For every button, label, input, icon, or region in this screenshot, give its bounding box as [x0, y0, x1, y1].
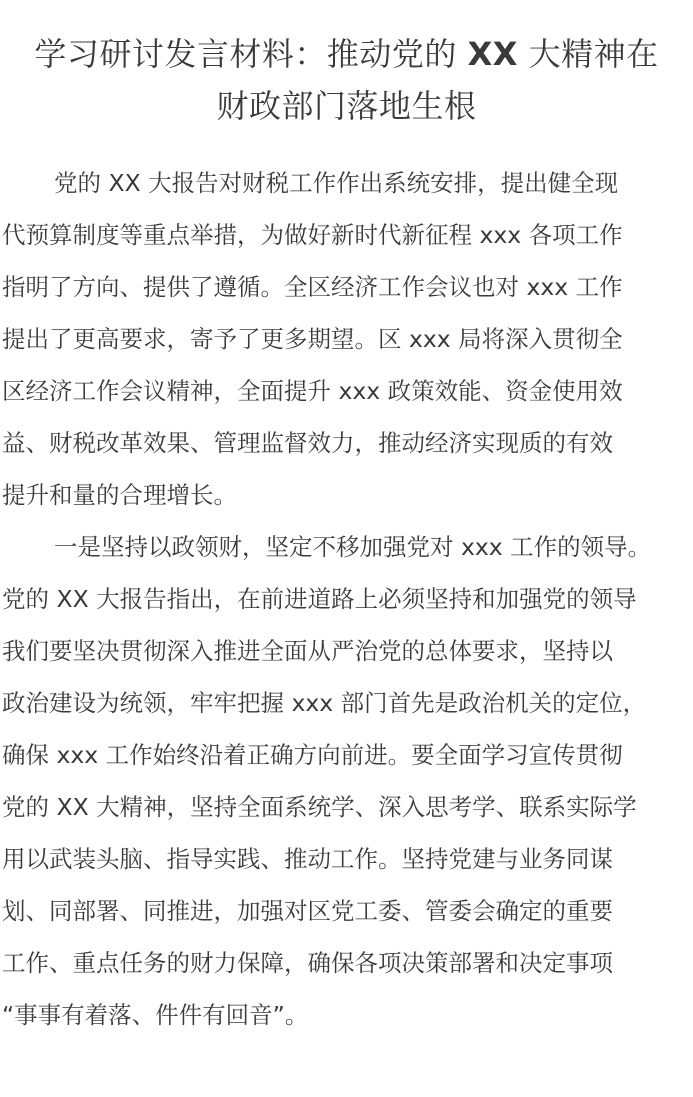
paragraph-line: 确保 xxx 工作始终沿着正确方向前进。要全面学习宣传贯彻: [2, 740, 623, 770]
paragraph-line: 指明了方向、提供了遵循。全区经济工作会议也对 xxx 工作: [2, 272, 623, 302]
title-bold-xx: XX: [468, 35, 518, 73]
paragraph-first-line: 党的 XX 大报告对财税工作作出系统安排，提出健全现: [54, 168, 618, 198]
paragraph-line: 工作、重点任务的财力保障，确保各项决策部署和决定事项: [2, 948, 613, 978]
title-line-2: 财政部门落地生根: [0, 80, 693, 132]
paragraph-line: 提升和量的合理增长。: [2, 480, 237, 510]
title-text: 大精神在: [518, 35, 659, 73]
paragraph-line: 政治建设为统领，牢牢把握 xxx 部门首先是政治机关的定位，: [2, 688, 646, 718]
paragraph-first-line: 一是坚持以政领财，坚定不移加强党对 xxx 工作的领导。: [54, 532, 651, 562]
paragraph-line: 代预算制度等重点举措，为做好新时代新征程 xxx 各项工作: [2, 220, 623, 250]
paragraph-line: “事事有着落、件件有回音”。: [2, 1000, 308, 1030]
title-line-1: 学习研讨发言材料：推动党的 XX 大精神在: [0, 28, 693, 80]
paragraph-line: 区经济工作会议精神，全面提升 xxx 政策效能、资金使用效: [2, 376, 623, 406]
paragraph-line: 我们要坚决贯彻深入推进全面从严治党的总体要求，坚持以: [2, 636, 613, 666]
paragraph-line: 用以武装头脑、指导实践、推动工作。坚持党建与业务同谋: [2, 844, 613, 874]
paragraph-line: 划、同部署、同推进，加强对区党工委、管委会确定的重要: [2, 896, 613, 926]
document-title: 学习研讨发言材料：推动党的 XX 大精神在 财政部门落地生根: [0, 28, 693, 132]
title-text: 学习研讨发言材料：推动党的: [34, 35, 467, 73]
paragraph-line: 益、财税改革效果、管理监督效力，推动经济实现质的有效: [2, 428, 613, 458]
paragraph-line: 提出了更高要求，寄予了更多期望。区 xxx 局将深入贯彻全: [2, 324, 623, 354]
paragraph-line: 党的 XX 大报告指出，在前进道路上必须坚持和加强党的领导: [2, 584, 637, 614]
paragraph-line: 党的 XX 大精神，坚持全面系统学、深入思考学、联系实际学: [2, 792, 637, 822]
